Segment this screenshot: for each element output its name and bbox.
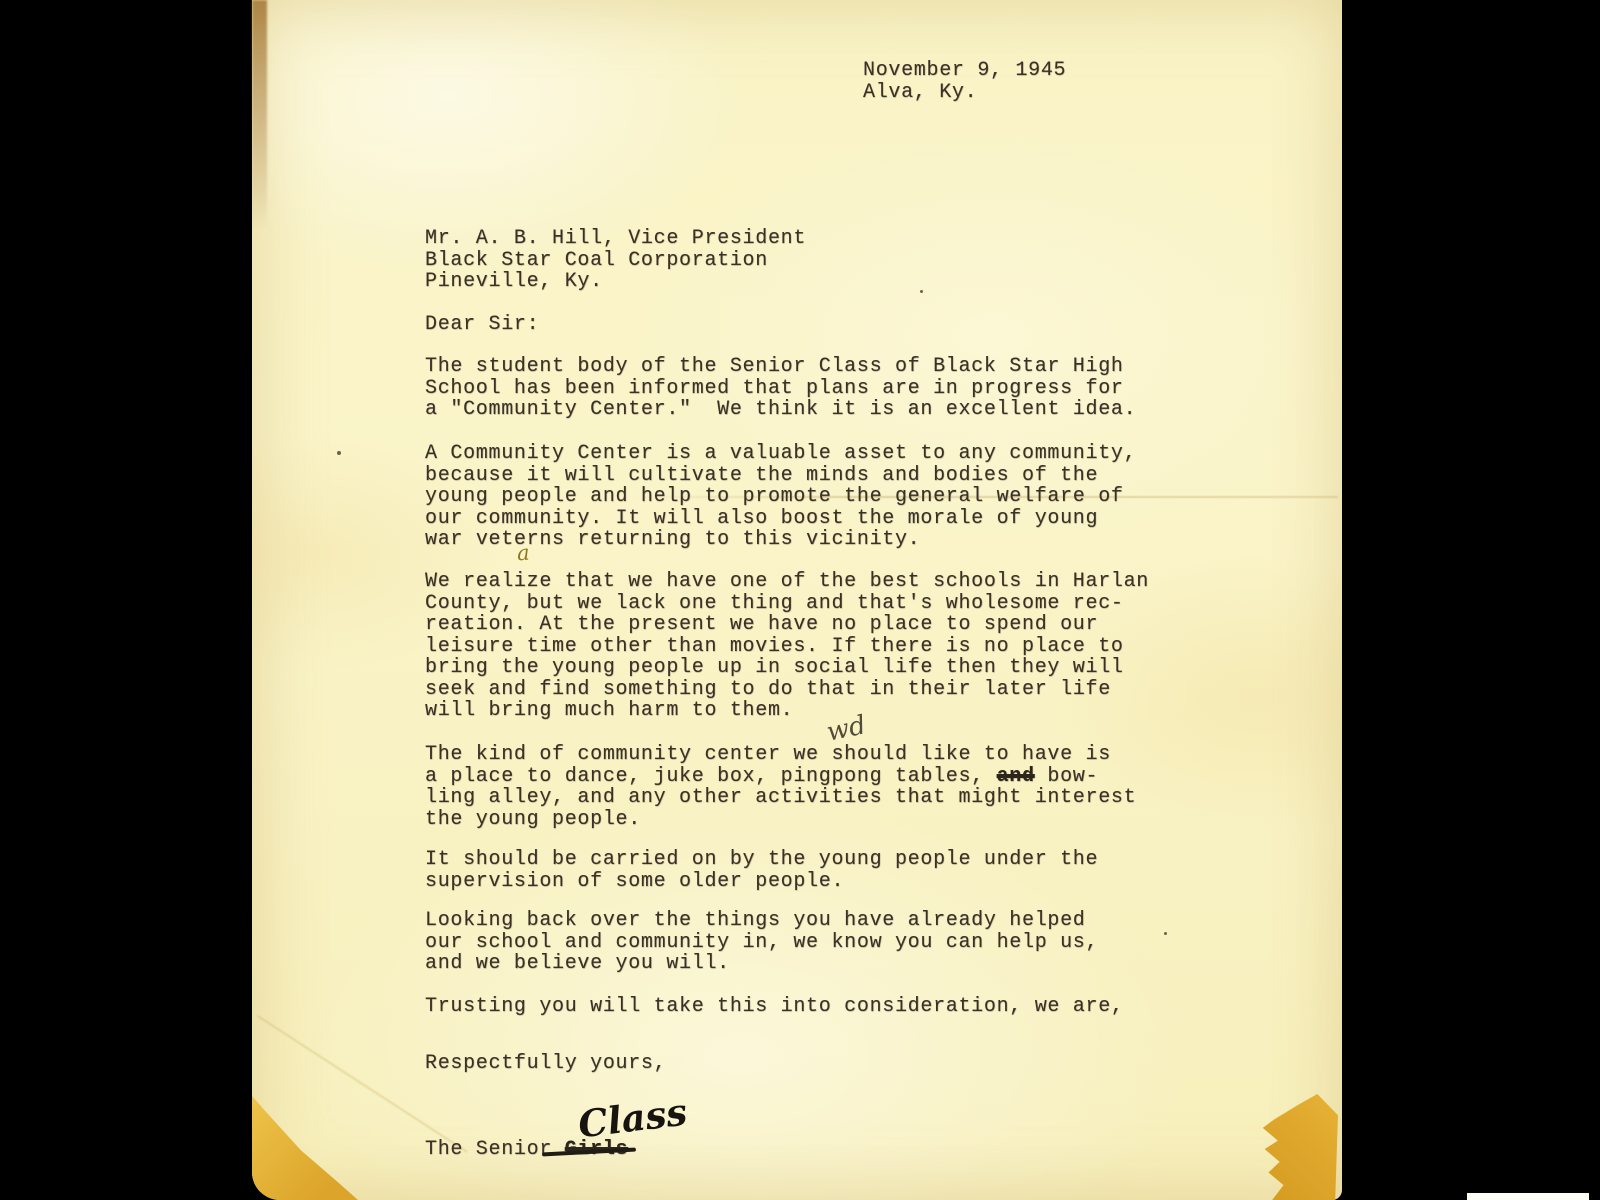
- paragraph-2: A Community Center is a valuable asset t…: [425, 443, 1136, 551]
- word-should: shouldwd: [831, 744, 907, 766]
- letter-line: will bring much harm to them.: [425, 700, 1149, 722]
- letter-line: our school and community in, we know you…: [425, 932, 1098, 954]
- line-segment: like to have is: [908, 743, 1111, 766]
- letter-line: A Community Center is a valuable asset t…: [425, 443, 1136, 465]
- handwritten-class-correction: Class: [576, 1090, 690, 1147]
- line-segment: The kind of community center we: [425, 743, 831, 766]
- letter-line: and we believe you will.: [425, 953, 1098, 975]
- letter-line: bring the young people up in social life…: [425, 657, 1149, 679]
- tape-bottom-left: [252, 1096, 358, 1200]
- letter-line: the young people.: [425, 809, 1136, 831]
- letter-line-should: The kind of community center we shouldwd…: [425, 744, 1136, 766]
- date-block: November 9, 1945 Alva, Ky.: [863, 60, 1066, 103]
- scan-speck: [920, 290, 923, 293]
- recipient-block: Mr. A. B. Hill, Vice President Black Sta…: [425, 228, 806, 293]
- letter-line: a "Community Center." We think it is an …: [425, 399, 1136, 421]
- handwritten-wd-annotation: wd: [826, 715, 869, 744]
- scan-speck: [337, 451, 341, 455]
- paragraph-6: Looking back over the things you have al…: [425, 910, 1098, 975]
- paragraph-1: The student body of the Senior Class of …: [425, 356, 1136, 421]
- scan-background: November 9, 1945 Alva, Ky. Mr. A. B. Hil…: [0, 0, 1600, 1200]
- line-segment: a place to dance, juke box, pingpong tab…: [425, 765, 997, 788]
- paragraph-7: Trusting you will take this into conside…: [425, 996, 1124, 1018]
- date-line: November 9, 1945: [863, 60, 1066, 82]
- tape-bottom-right: [1244, 1094, 1338, 1200]
- letter-line: Trusting you will take this into conside…: [425, 996, 1124, 1018]
- letter-paper: November 9, 1945 Alva, Ky. Mr. A. B. Hil…: [252, 0, 1342, 1200]
- struck-out-word-and: and: [997, 765, 1035, 788]
- letter-line-struck-and: a place to dance, juke box, pingpong tab…: [425, 766, 1136, 788]
- line-segment: war: [425, 528, 476, 551]
- paragraph-3: We realize that we have one of the best …: [425, 571, 1149, 722]
- recipient-city: Pineville, Ky.: [425, 271, 806, 293]
- letter-line: We realize that we have one of the best …: [425, 571, 1149, 593]
- letter-line: School has been informed that plans are …: [425, 378, 1136, 400]
- recipient-name: Mr. A. B. Hill, Vice President: [425, 228, 806, 250]
- closing: Respectfully yours,: [425, 1053, 666, 1075]
- letter-line: The student body of the Senior Class of …: [425, 356, 1136, 378]
- place-line: Alva, Ky.: [863, 82, 1066, 104]
- salutation: Dear Sir:: [425, 314, 539, 336]
- letter-line: seek and find something to do that in th…: [425, 679, 1149, 701]
- letter-line: reation. At the present we have no place…: [425, 614, 1149, 636]
- paragraph-5: It should be carried on by the young peo…: [425, 849, 1098, 892]
- letter-line: It should be carried on by the young peo…: [425, 849, 1098, 871]
- paragraph-4: The kind of community center we shouldwd…: [425, 744, 1136, 830]
- scan-speck: [1164, 932, 1167, 935]
- letter-line: supervision of some older people.: [425, 871, 1098, 893]
- letter-line: because it will cultivate the minds and …: [425, 465, 1136, 487]
- letter-line-veterns: war veternsa returning to this vicinity.: [425, 529, 1136, 551]
- handwritten-a-correction: a: [516, 543, 530, 565]
- letter-line: young people and help to promote the gen…: [425, 486, 1136, 508]
- line-segment: bow-: [1035, 765, 1099, 788]
- scanner-backing-sliver: [1467, 1193, 1589, 1200]
- corner-crease: [257, 1015, 468, 1153]
- recipient-company: Black Star Coal Corporation: [425, 250, 806, 272]
- letter-line: our community. It will also boost the mo…: [425, 508, 1136, 530]
- misspelled-word-veterns: veternsa: [476, 529, 565, 551]
- signature-text: The Senior: [425, 1138, 565, 1161]
- paper-edge-stain: [252, 0, 267, 230]
- line-segment: returning to this vicinity.: [565, 528, 921, 551]
- letter-line: Looking back over the things you have al…: [425, 910, 1098, 932]
- letter-line: ling alley, and any other activities tha…: [425, 787, 1136, 809]
- letter-line: County, but we lack one thing and that's…: [425, 593, 1149, 615]
- letter-line: leisure time other than movies. If there…: [425, 636, 1149, 658]
